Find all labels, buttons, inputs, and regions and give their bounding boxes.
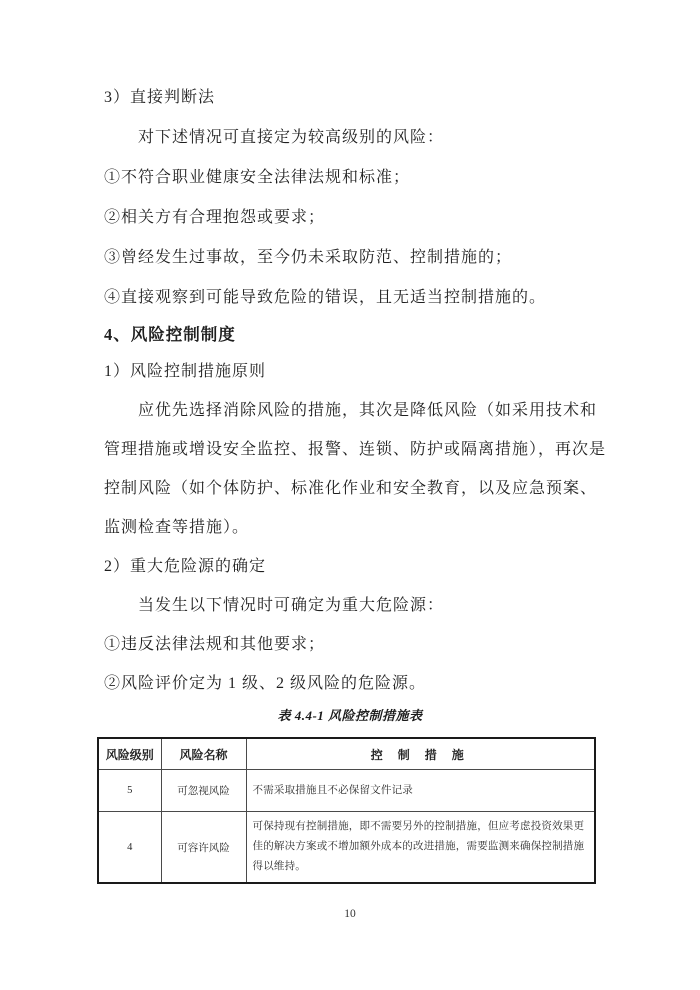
paragraph-line: 应优先选择消除风险的措施，其次是降低风险（如采用技术和 xyxy=(104,391,596,430)
page-body: 3）直接判断法 对下述情况可直接定为较高级别的风险： ①不符合职业健康安全法律法… xyxy=(104,78,596,884)
paragraph-line: 控制风险（如个体防护、标准化作业和安全教育，以及应急预案、 xyxy=(104,469,596,508)
list-item-1: ①违反法律法规和其他要求； xyxy=(104,625,596,664)
list-item-2: ②风险评价定为 1 级、2 级风险的危险源。 xyxy=(104,664,596,703)
document-page: 3）直接判断法 对下述情况可直接定为较高级别的风险： ①不符合职业健康安全法律法… xyxy=(0,0,700,990)
risk-control-table: 风险级别 风险名称 控 制 措 施 5 可忽视风险 不需采取措施且不必保留文件记… xyxy=(97,737,596,884)
table-header-row: 风险级别 风险名称 控 制 措 施 xyxy=(98,738,595,770)
column-header-risk-level: 风险级别 xyxy=(98,738,161,770)
list-item-3: ③曾经发生过事故，至今仍未采取防范、控制措施的； xyxy=(104,238,596,278)
subheading-major-hazard: 2）重大危险源的确定 xyxy=(104,547,596,586)
page-number: 10 xyxy=(0,908,700,920)
list-item-4: ④直接观察到可能导致危险的错误，且无适当控制措施的。 xyxy=(104,278,596,318)
table-caption: 表 4.4-1 风险控制措施表 xyxy=(104,703,596,729)
control-measure-cell: 不需采取措施且不必保留文件记录 xyxy=(246,770,595,812)
control-measure-cell: 可保持现有控制措施，即不需要另外的控制措施，但应考虑投资效果更佳的解决方案或不增… xyxy=(246,812,595,884)
paragraph-line: 监测检查等措施）。 xyxy=(104,508,596,547)
paragraph-line: 当发生以下情况时可确定为重大危险源： xyxy=(104,586,596,625)
column-header-risk-name: 风险名称 xyxy=(161,738,246,770)
risk-name-cell: 可容许风险 xyxy=(161,812,246,884)
table-row: 5 可忽视风险 不需采取措施且不必保留文件记录 xyxy=(98,770,595,812)
section-heading-risk-control: 4、风险控制制度 xyxy=(104,318,596,352)
column-header-control-measure: 控 制 措 施 xyxy=(246,738,595,770)
subheading-direct-judgement: 3）直接判断法 xyxy=(104,78,596,118)
paragraph-line: 对下述情况可直接定为较高级别的风险： xyxy=(104,118,596,158)
table-row: 4 可容许风险 可保持现有控制措施，即不需要另外的控制措施，但应考虑投资效果更佳… xyxy=(98,812,595,884)
list-item-1: ①不符合职业健康安全法律法规和标准； xyxy=(104,158,596,198)
risk-level-cell: 4 xyxy=(98,812,161,884)
list-item-2: ②相关方有合理抱怨或要求； xyxy=(104,198,596,238)
risk-name-cell: 可忽视风险 xyxy=(161,770,246,812)
subheading-measure-principle: 1）风险控制措施原则 xyxy=(104,352,596,391)
paragraph-line: 管理措施或增设安全监控、报警、连锁、防护或隔离措施），再次是 xyxy=(104,430,596,469)
risk-level-cell: 5 xyxy=(98,770,161,812)
